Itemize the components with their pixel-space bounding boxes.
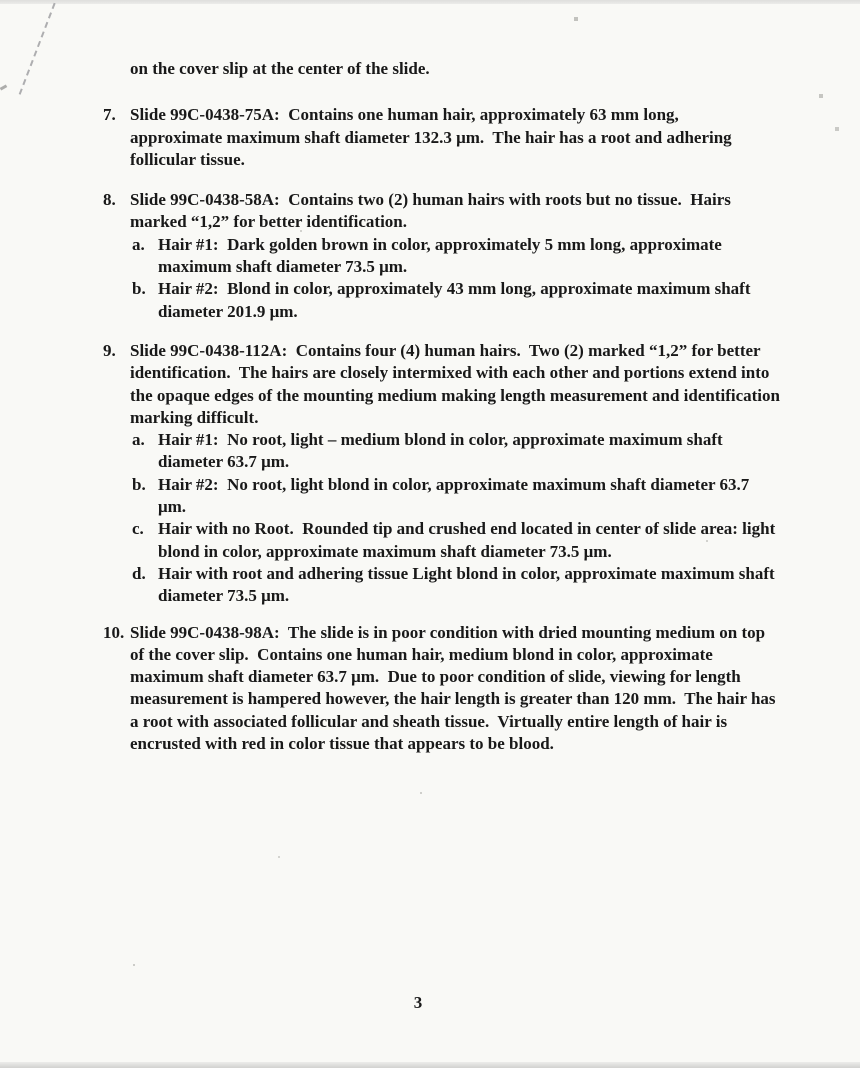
text-line: the opaque edges of the mounting medium …: [130, 385, 780, 407]
scanner-edge-bottom: [0, 1062, 860, 1068]
text-line: diameter 63.7 μm.: [158, 451, 723, 473]
item-number: 8.: [101, 189, 130, 211]
document-page: on the cover slip at the center of the s…: [0, 0, 860, 1068]
document-body: on the cover slip at the center of the s…: [101, 0, 791, 755]
text-line: blond in color, approximate maximum shaf…: [158, 541, 775, 563]
sub-item-a: a. Hair #1: Dark golden brown in color, …: [132, 234, 751, 279]
text-line: Hair #1: No root, light – medium blond i…: [158, 429, 723, 451]
text-line: Slide 99C-0438-75A: Contains one human h…: [130, 104, 732, 126]
list-item-7: 7. Slide 99C-0438-75A: Contains one huma…: [101, 104, 791, 171]
text-line: approximate maximum shaft diameter 132.3…: [130, 127, 732, 149]
text-line: follicular tissue.: [130, 149, 732, 171]
text-line: of the cover slip. Contains one human ha…: [130, 644, 776, 666]
sub-item-letter: d.: [132, 563, 158, 608]
sub-item-letter: c.: [132, 518, 158, 563]
sub-item-d: d. Hair with root and adhering tissue Li…: [132, 563, 780, 608]
pen-mark: [19, 0, 60, 95]
sub-item-c: c. Hair with no Root. Rounded tip and cr…: [132, 518, 780, 563]
text-line: identification. The hairs are closely in…: [130, 362, 780, 384]
text-line: measurement is hampered however, the hai…: [130, 688, 776, 710]
text-line: Slide 99C-0438-98A: The slide is in poor…: [130, 622, 776, 644]
text-line: marked “1,2” for better identification.: [130, 211, 751, 233]
page-number: 3: [0, 992, 836, 1014]
item-number: 9.: [101, 340, 130, 362]
sub-item-a: a. Hair #1: No root, light – medium blon…: [132, 429, 780, 474]
text-line: diameter 201.9 μm.: [158, 301, 751, 323]
text-line: Slide 99C-0438-58A: Contains two (2) hum…: [130, 189, 751, 211]
item-number: 7.: [101, 104, 130, 126]
text-line: maximum shaft diameter 63.7 μm. Due to p…: [130, 666, 776, 688]
intro-line: on the cover slip at the center of the s…: [130, 58, 791, 80]
text-line: Slide 99C-0438-112A: Contains four (4) h…: [130, 340, 780, 362]
list-item-8: 8. Slide 99C-0438-58A: Contains two (2) …: [101, 189, 791, 323]
list-item-10: 10. Slide 99C-0438-98A: The slide is in …: [101, 622, 791, 756]
sub-item-letter: b.: [132, 278, 158, 323]
text-line: Hair #1: Dark golden brown in color, app…: [158, 234, 722, 256]
scan-artifact: [0, 84, 7, 90]
text-line: encrusted with red in color tissue that …: [130, 733, 776, 755]
text-line: Hair #2: No root, light blond in color, …: [158, 474, 749, 496]
sub-item-letter: a.: [132, 429, 158, 474]
text-line: μm.: [158, 496, 749, 518]
scan-artifacts: [0, 0, 2, 2]
item-number: 10.: [101, 622, 130, 644]
text-line: Hair with root and adhering tissue Light…: [158, 563, 775, 585]
list-item-9: 9. Slide 99C-0438-112A: Contains four (4…: [101, 340, 791, 608]
sub-item-letter: a.: [132, 234, 158, 279]
text-line: a root with associated follicular and sh…: [130, 711, 776, 733]
text-line: marking difficult.: [130, 407, 780, 429]
text-line: Hair #2: Blond in color, approximately 4…: [158, 278, 751, 300]
text-line: diameter 73.5 μm.: [158, 585, 775, 607]
text-line: Hair with no Root. Rounded tip and crush…: [158, 518, 775, 540]
sub-item-letter: b.: [132, 474, 158, 519]
sub-item-b: b. Hair #2: No root, light blond in colo…: [132, 474, 780, 519]
sub-item-b: b. Hair #2: Blond in color, approximatel…: [132, 278, 751, 323]
text-line: maximum shaft diameter 73.5 μm.: [158, 256, 722, 278]
